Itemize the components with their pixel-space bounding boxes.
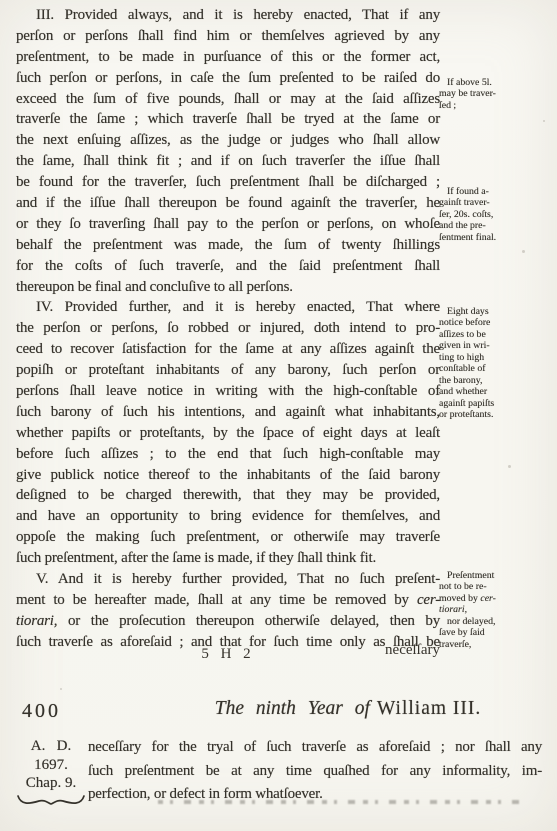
text-line: ment to be hereafter made, ſhall at any …	[16, 590, 440, 611]
text-segment: ſed ;	[439, 100, 456, 111]
text-segment: give publick notice thereof to the inhab…	[16, 467, 440, 483]
text-segment: oppoſe the making ſuch preſentment, or o…	[16, 529, 440, 545]
text-line: thereupon be final and concluſive to all…	[16, 277, 440, 298]
text-line: perſons ſhall leave notice in writing wi…	[16, 381, 440, 402]
margin-note-line: againſt papiſts	[439, 398, 553, 409]
main-text-column: III. Provided always, and it is hereby e…	[16, 5, 440, 653]
signature-row: 5 H 2 neceſſary	[16, 646, 440, 667]
text-line: before ſuch aſſizes ; to the end that ſu…	[16, 444, 440, 465]
text-line: the perſon or perſons, ſo robbed or inju…	[16, 318, 440, 339]
text-line: give publick notice thereof to the inhab…	[16, 465, 440, 486]
text-segment: Preſentment	[447, 570, 494, 581]
text-segment: aſſizes to be	[439, 329, 486, 340]
text-line: III. Provided always, and it is hereby e…	[16, 5, 440, 26]
text-line: behalf the preſentment was made, the ſum…	[16, 235, 440, 256]
text-line: V. And it is hereby further provided, Th…	[16, 569, 440, 590]
text-segment: ting to high	[439, 352, 484, 363]
text-segment: If above 5l.	[447, 77, 492, 88]
text-segment: ſuch preſentment, after the ſame is made…	[16, 550, 376, 566]
text-line: the ſame, ſhall think fit ; and if on ſu…	[16, 151, 440, 172]
text-segment: neceſſary for the tryal of ſuch traverſe…	[88, 739, 542, 755]
scanned-book-page: III. Provided always, and it is hereby e…	[0, 0, 557, 831]
text-segment: and have an opportunity to bring evidenc…	[16, 508, 440, 524]
margin-note-line: Preſentment	[439, 570, 553, 581]
text-line: ſuch preſentment, after the ſame is made…	[16, 548, 440, 569]
italic-text-segment: tiorari,	[439, 604, 467, 615]
text-segment: ſuch preſentment be at any time quaſhed …	[88, 763, 542, 779]
text-segment: and the pre-	[439, 220, 486, 231]
cut-off-text-line	[158, 800, 526, 804]
italic-text-segment: cer-	[417, 592, 440, 608]
text-line: preſentment, to be made in purſuance of …	[16, 47, 440, 68]
margin-note-line: may be traver-	[439, 88, 553, 99]
text-segment: ment to be hereafter made, ſhall at any …	[16, 592, 417, 608]
text-segment: againſt papiſts	[439, 398, 494, 409]
page-number: 400	[22, 700, 61, 723]
page2-body: neceſſary for the tryal of ſuch traverſe…	[88, 736, 542, 807]
anno-domini-label: A. D.	[11, 737, 91, 756]
signature-mark: 5 H 2	[16, 646, 440, 663]
scan-speckle	[60, 688, 62, 690]
text-line: for the coſts of ſuch traverſe, and the …	[16, 256, 440, 277]
text-line: IV. Provided further, and it is hereby e…	[16, 297, 440, 318]
margin-note-line: Eight days	[439, 306, 553, 317]
text-segment: popiſh or proteſtant inhabitants of any …	[16, 362, 440, 378]
text-line: ſuch barony of ſuch his intentions, and …	[16, 402, 440, 423]
text-line: perſon or perſons ſhall find him or them…	[16, 26, 440, 47]
text-segment: the next enſuing aſſizes, as the judge o…	[16, 132, 440, 148]
chapter-label: Chap. 9.	[11, 774, 91, 793]
text-segment: whether papiſts or proteſtants, by the ſ…	[16, 425, 440, 441]
margin-note-line: If found a-	[439, 186, 553, 197]
margin-note-line: given in wri-	[439, 340, 553, 351]
text-segment: exceed the ſum of five pounds, ſhall or …	[16, 91, 440, 107]
underbrace-icon	[15, 794, 87, 807]
text-segment: not to be re-	[439, 581, 487, 592]
text-segment: nor delayed,	[447, 616, 495, 627]
text-line: whether papiſts or proteſtants, by the ſ…	[16, 423, 440, 444]
text-line: and if the iſſue ſhall thereupon be foun…	[16, 193, 440, 214]
text-segment: given in wri-	[439, 340, 490, 351]
margin-note: If found a-gainſt traver-ſer, 20s. coſts…	[439, 186, 553, 243]
margin-note-line: traverſe,	[439, 639, 553, 650]
margin-note-line: gainſt traver-	[439, 197, 553, 208]
scan-speckle	[522, 250, 525, 253]
margin-note: Eight daysnotice beforeaſſizes to begive…	[439, 306, 553, 421]
text-segment: preſentment, to be made in purſuance of …	[16, 49, 440, 65]
text-segment: or the proſecution thereupon otherwiſe d…	[57, 613, 440, 629]
running-header-italic: The ninth Year of	[215, 698, 370, 719]
text-segment: moved by	[439, 593, 480, 604]
text-segment: deſigned to be charged therewith, that t…	[16, 487, 440, 503]
margin-note-line: and the pre-	[439, 220, 553, 231]
text-segment: ceed to recover ſatisfaction for the ſam…	[16, 341, 440, 357]
margin-note-line: not to be re-	[439, 581, 553, 592]
text-line: oppoſe the making ſuch preſentment, or o…	[16, 527, 440, 548]
text-line: deſigned to be charged therewith, that t…	[16, 485, 440, 506]
text-line: neceſſary for the tryal of ſuch traverſe…	[88, 736, 542, 760]
italic-text-segment: tiorari,	[16, 613, 57, 629]
margin-note-line: ſed ;	[439, 100, 553, 111]
text-segment: for the coſts of ſuch traverſe, and the …	[16, 258, 440, 274]
margin-note-line: conſtable of	[439, 363, 553, 374]
date-chapter-margin: A. D. 1697. Chap. 9.	[11, 737, 91, 807]
text-segment: behalf the preſentment was made, the ſum…	[16, 237, 440, 253]
text-segment: and if the iſſue ſhall thereupon be foun…	[16, 195, 440, 211]
text-segment: or they ſo traverſing ſhall pay to the p…	[16, 216, 440, 232]
text-line: ſuch perſon or perſons, in caſe the ſum …	[16, 68, 440, 89]
text-segment: V. And it is hereby further provided, Th…	[36, 571, 440, 587]
italic-text-segment: cer-	[480, 593, 496, 604]
text-segment: the perſon or perſons, ſo robbed or inju…	[16, 320, 440, 336]
text-segment: conſtable of	[439, 363, 486, 374]
text-line: exceed the ſum of five pounds, ſhall or …	[16, 89, 440, 110]
text-line: tiorari, or the proſecution thereupon ot…	[16, 611, 440, 632]
text-line: and have an opportunity to bring evidenc…	[16, 506, 440, 527]
margin-note-line: aſſizes to be	[439, 329, 553, 340]
text-line: the next enſuing aſſizes, as the judge o…	[16, 130, 440, 151]
text-segment: be found for the traverſer, ſuch preſent…	[16, 174, 440, 190]
text-segment: the ſame, ſhall think fit ; and if on ſu…	[16, 153, 440, 169]
scan-speckle	[508, 465, 511, 468]
text-line: popiſh or proteſtant inhabitants of any …	[16, 360, 440, 381]
margin-note-line: moved by cer-	[439, 593, 553, 604]
paragraph-section-iii: III. Provided always, and it is hereby e…	[16, 5, 440, 297]
text-segment: ſave by ſaid	[439, 627, 485, 638]
margin-note-line: ting to high	[439, 352, 553, 363]
margin-note-line: ſentment final.	[439, 232, 553, 243]
text-line: or they ſo traverſing ſhall pay to the p…	[16, 214, 440, 235]
text-segment: gainſt traver-	[439, 197, 490, 208]
running-header-roman: William III.	[377, 698, 481, 719]
text-segment: ſer, 20s. coſts,	[439, 209, 493, 220]
text-segment: notice before	[439, 317, 490, 328]
text-segment: ſuch barony of ſuch his intentions, and …	[16, 404, 440, 420]
paragraph-section-iv: IV. Provided further, and it is hereby e…	[16, 297, 440, 569]
scan-speckle	[543, 120, 545, 122]
running-header: The ninth Year ofWilliam III.	[150, 698, 546, 720]
text-segment: perſon or perſons ſhall find him or them…	[16, 28, 440, 44]
margin-note-line: notice before	[439, 317, 553, 328]
margin-note-line: or proteſtants.	[439, 409, 553, 420]
text-line: be found for the traverſer, ſuch preſent…	[16, 172, 440, 193]
text-segment: thereupon be final and concluſive to all…	[16, 279, 293, 295]
margin-note-line: nor delayed,	[439, 616, 553, 627]
text-line: traverſe the ſame ; which traverſe ſhall…	[16, 109, 440, 130]
text-segment: the barony,	[439, 375, 482, 386]
text-segment: Eight days	[447, 306, 489, 317]
margin-note-line: the barony,	[439, 375, 553, 386]
margin-note: Preſentmentnot to be re-moved by cer-tio…	[439, 570, 553, 650]
text-segment: before ſuch aſſizes ; to the end that ſu…	[16, 446, 440, 462]
text-segment: ſentment final.	[439, 232, 496, 243]
margin-note-line: tiorari,	[439, 604, 553, 615]
text-segment: and whether	[439, 386, 487, 397]
catchword: neceſſary	[385, 642, 440, 659]
margin-note-line: If above 5l.	[439, 77, 553, 88]
margin-note-line: and whether	[439, 386, 553, 397]
text-segment: IV. Provided further, and it is hereby e…	[36, 299, 440, 315]
text-line: ceed to recover ſatisfaction for the ſam…	[16, 339, 440, 360]
paragraph-section-v: V. And it is hereby further provided, Th…	[16, 569, 440, 653]
text-segment: ſuch perſon or perſons, in caſe the ſum …	[16, 70, 440, 86]
margin-note-line: ſave by ſaid	[439, 627, 553, 638]
text-segment: If found a-	[447, 186, 489, 197]
year-label: 1697.	[11, 756, 91, 775]
text-segment: III. Provided always, and it is hereby e…	[36, 7, 440, 23]
margin-note: If above 5l.may be traver-ſed ;	[439, 77, 553, 111]
text-segment: traverſe the ſame ; which traverſe ſhall…	[16, 111, 440, 127]
text-line: ſuch preſentment be at any time quaſhed …	[88, 760, 542, 784]
text-segment: traverſe,	[439, 639, 471, 650]
margin-note-line: ſer, 20s. coſts,	[439, 209, 553, 220]
text-segment: perſons ſhall leave notice in writing wi…	[16, 383, 440, 399]
text-segment: or proteſtants.	[439, 409, 493, 420]
text-segment: may be traver-	[439, 88, 496, 99]
